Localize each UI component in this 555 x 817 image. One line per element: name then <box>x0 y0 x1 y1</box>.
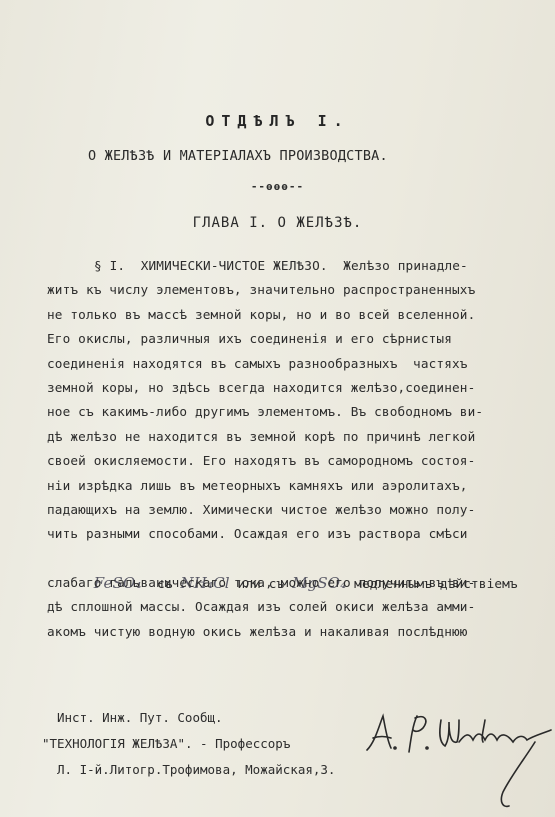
body-line: дѣ желѣзо не находится въ земной корѣ по… <box>47 425 552 449</box>
body-line: житъ къ числу элементовъ, значительно ра… <box>47 278 552 302</box>
footer-printer: Л. I-й.Литогр.Трофимова, Можайская,3. <box>57 757 335 783</box>
body-line: чить разными способами. Осаждая его изъ … <box>47 522 552 546</box>
body-line: земной коры, но здѣсь всегда находится ж… <box>47 376 552 400</box>
body-line: падающихъ на землю. Химически чистое жел… <box>47 498 552 522</box>
footer-institute: Инст. Инж. Пут. Сообщ. <box>57 705 335 731</box>
footer: Инст. Инж. Пут. Сообщ. "ТЕХНОЛОГIЯ ЖЕЛѢЗ… <box>57 705 335 783</box>
chapter-heading: ГЛАВА I. О ЖЕЛѢЗѢ. <box>0 215 555 231</box>
body-text: § I. ХИМИЧЕСКИ-ЧИСТОЕ ЖЕЛѢЗО. Желѣзо при… <box>47 254 552 644</box>
body-line: соединенiя находятся въ самыхъ разнообра… <box>47 352 552 376</box>
body-line: акомъ чистую водную окись желѣза и накал… <box>47 620 552 644</box>
ornament-divider: --ѳѳѳ-- <box>0 180 555 193</box>
body-line: дѣ сплошной массы. Осаждая изъ солей оки… <box>47 595 552 619</box>
body-line: не только въ массѣ земной коры, но и во … <box>47 303 552 327</box>
formula-line: FeSO₄ съ NH₄Cl или съ MgSO₄ медленнымъ д… <box>47 547 552 571</box>
body-line: Его окислы, различныя ихъ соединенiя и е… <box>47 327 552 351</box>
body-line: § I. ХИМИЧЕСКИ-ЧИСТОЕ ЖЕЛѢЗО. Желѣзо при… <box>47 254 552 278</box>
section-heading: ОТДѢЛЪ I. <box>0 112 555 130</box>
signature-icon <box>365 712 555 812</box>
footer-title: "ТЕХНОЛОГIЯ ЖЕЛѢЗА". - Профессоръ <box>42 731 335 757</box>
section-subtitle: О ЖЕЛѢЗѢ И МАТЕРIАЛАХЪ ПРОИЗВОДСТВА. <box>88 148 388 164</box>
body-line: нiи изрѣдка лишь въ метеорныхъ камняхъ и… <box>47 474 552 498</box>
body-line: своей окисляемости. Его находятъ въ само… <box>47 449 552 473</box>
body-line: ное съ какимъ-либо другимъ элементомъ. В… <box>47 400 552 424</box>
document-page: ОТДѢЛЪ I. О ЖЕЛѢЗѢ И МАТЕРIАЛАХЪ ПРОИЗВО… <box>0 0 555 817</box>
